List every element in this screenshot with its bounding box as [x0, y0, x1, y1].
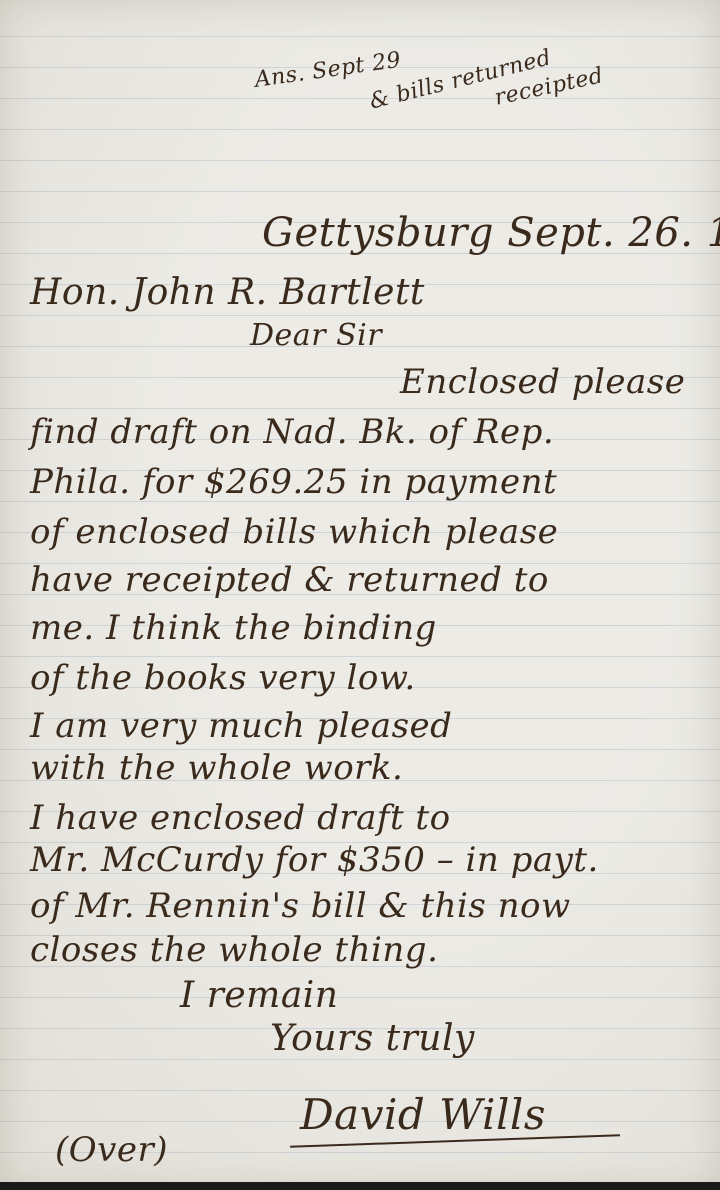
body-line: me. I think the binding	[30, 608, 437, 648]
closing-yours-truly: Yours truly	[270, 1018, 475, 1059]
recipient-name: Hon. John R. Bartlett	[30, 272, 425, 313]
dateline: Gettysburg Sept. 26. 1874	[262, 210, 720, 256]
body-line: Phila. for $269.25 in payment	[30, 462, 557, 502]
body-line: have receipted & returned to	[30, 560, 549, 600]
body-line: of Mr. Rennin's bill & this now	[30, 886, 571, 926]
over-note: (Over)	[55, 1130, 168, 1170]
body-line: I am very much pleased	[30, 706, 452, 746]
body-line: Mr. McCurdy for $350 – in payt.	[30, 840, 599, 880]
body-line: I have enclosed draft to	[30, 798, 451, 838]
signature: David Wills	[300, 1090, 546, 1139]
body-line: with the whole work.	[30, 748, 403, 788]
body-line: Enclosed please	[400, 362, 685, 402]
body-line: closes the whole thing.	[30, 930, 438, 970]
body-line: of enclosed bills which please	[30, 512, 558, 552]
closing-remain: I remain	[180, 975, 338, 1016]
page-bottom-edge	[0, 1182, 720, 1190]
letter-page: Ans. Sept 29 & bills returned receipted …	[0, 0, 720, 1190]
body-line: of the books very low.	[30, 658, 416, 698]
salutation: Dear Sir	[250, 318, 382, 353]
body-line: find draft on Nad. Bk. of Rep.	[30, 412, 554, 452]
